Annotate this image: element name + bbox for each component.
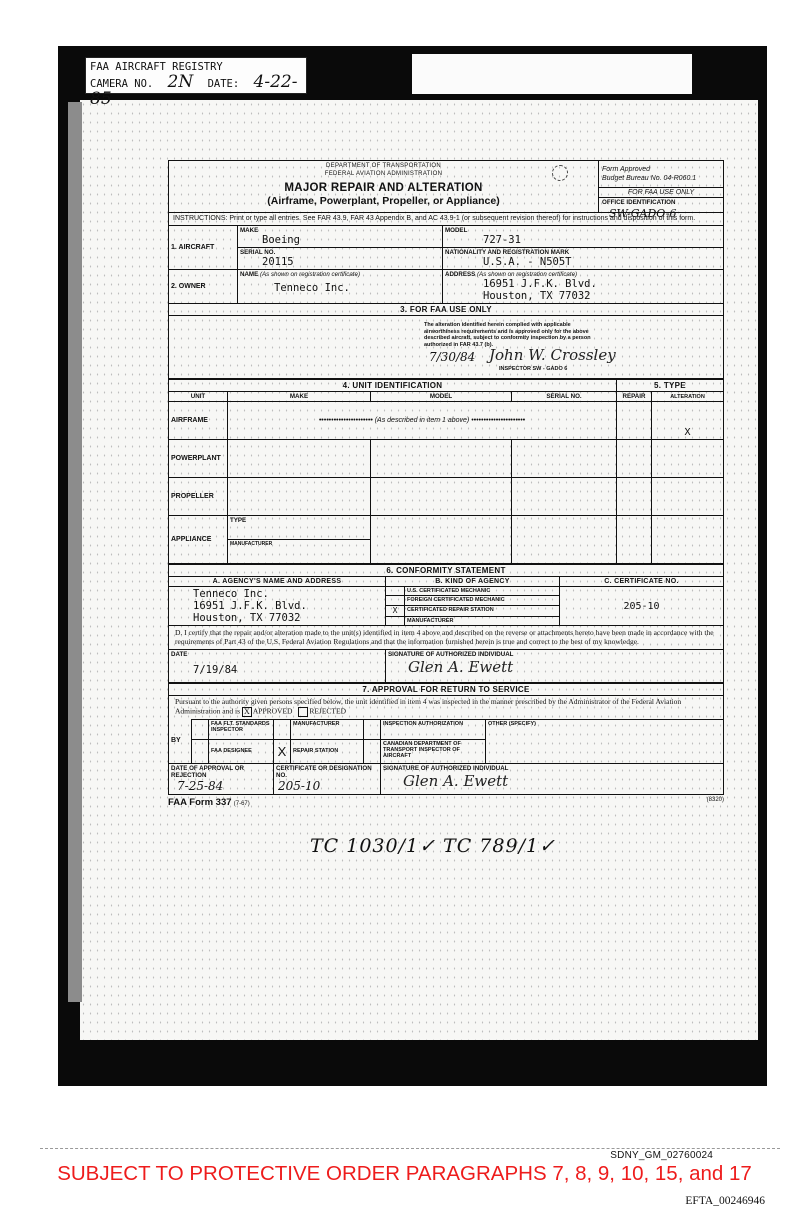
model-label: MODEL — [445, 227, 721, 234]
agency-name: FEDERAL AVIATION ADMINISTRATION — [169, 171, 598, 177]
rejected-label: REJECTED — [309, 706, 346, 715]
powerplant-repair — [617, 440, 652, 478]
aircraft-serial: 20115 — [240, 256, 440, 268]
approval-signature-label: SIGNATURE OF AUTHORIZED INDIVIDUAL — [383, 765, 721, 772]
form-name: FAA Form 337 — [168, 797, 232, 808]
certificate-no-header: C. CERTIFICATE NO. — [560, 577, 724, 587]
powerplant-serial — [512, 440, 617, 478]
certificate-no: 205-10 — [560, 587, 724, 626]
camera-no-value: 2N — [168, 72, 194, 92]
kind-mark-us-mechanic — [386, 587, 405, 596]
agency-name: Tenneco Inc. — [171, 588, 383, 600]
kind-of-agency-header: B. KIND OF AGENCY — [386, 577, 560, 587]
opt-inspection-authorization: INSPECTION AUTHORIZATION — [381, 719, 486, 739]
mark-faa-designee[interactable] — [192, 739, 209, 763]
conformity-date: 7/19/84 — [171, 664, 383, 676]
powerplant-alteration — [652, 440, 724, 478]
aircraft-model: 727-31 — [445, 234, 721, 246]
kind-repair-station: CERTIFICATED REPAIR STATION — [405, 605, 560, 616]
opt-other: OTHER (Specify) — [486, 719, 724, 763]
form-revision: (7-67) — [234, 801, 250, 807]
agency-address-line1: 16951 J.F.K. Blvd. — [171, 600, 383, 612]
faa-use-only-label: FOR FAA USE ONLY — [599, 187, 723, 198]
kind-mark-manufacturer — [386, 616, 405, 626]
faa-approval-date: 7/30/84 — [429, 350, 475, 364]
faa-approval-stamp: The alteration identified herein complie… — [424, 322, 594, 348]
mark-repair-station[interactable]: X — [274, 739, 291, 763]
approval-section-label: 7. APPROVAL FOR RETURN TO SERVICE — [169, 684, 724, 696]
opt-canadian-inspector: CANADIAN DEPARTMENT OF TRANSPORT INSPECT… — [381, 739, 486, 763]
efta-id: EFTA_00246946 — [685, 1195, 765, 1207]
film-edge-shading — [68, 102, 82, 1002]
approval-cert-label: CERTIFICATE OR DESIGNATION NO. — [276, 765, 378, 779]
agency-address-line2: Houston, TX 77032 — [171, 612, 383, 624]
type-section-label: 5. TYPE — [617, 380, 724, 392]
airframe-repair — [617, 402, 652, 440]
owner-section-label: 2. OWNER — [169, 270, 238, 304]
row-powerplant: POWERPLANT — [169, 440, 228, 478]
serial-label: SERIAL NO. — [240, 249, 440, 256]
aircraft-make: Boeing — [240, 234, 440, 246]
conformity-signature-label: SIGNATURE OF AUTHORIZED INDIVIDUAL — [388, 651, 721, 658]
conformity-date-label: DATE — [171, 651, 383, 658]
propeller-serial — [512, 478, 617, 516]
by-label: BY — [169, 719, 192, 763]
make-label: MAKE — [240, 227, 440, 234]
propeller-model — [371, 478, 512, 516]
propeller-make — [228, 478, 371, 516]
dot-seal-icon — [552, 165, 568, 181]
handwritten-tc-notes: TC 1030/1✓ TC 789/1✓ — [310, 835, 556, 857]
certification-statement: D. I certify that the repair and/or alte… — [169, 626, 724, 650]
col-alteration: ALTERATION — [652, 392, 724, 402]
owner-address-label: ADDRESS — [445, 271, 475, 278]
powerplant-model — [371, 440, 512, 478]
owner-address-line1: 16951 J.F.K. Blvd. — [445, 278, 721, 290]
faa-form-337: DEPARTMENT OF TRANSPORTATION FEDERAL AVI… — [168, 160, 724, 808]
form-title: MAJOR REPAIR AND ALTERATION — [169, 182, 598, 194]
faa-use-section-label: 3. FOR FAA USE ONLY — [169, 304, 724, 316]
form-subtitle: (Airframe, Powerplant, Propeller, or App… — [169, 195, 598, 207]
propeller-repair — [617, 478, 652, 516]
bates-number: SDNY_GM_02760024 — [610, 1150, 713, 1161]
conformity-section-label: 6. CONFORMITY STATEMENT — [169, 565, 724, 577]
scan-artifact-band — [40, 1090, 780, 1149]
row-airframe: AIRFRAME — [169, 402, 228, 440]
form-footer: FAA Form 337 (7-67) (8320) — [168, 797, 724, 808]
camera-label: FAA AIRCRAFT REGISTRY CAMERA NO. 2N DATE… — [85, 57, 307, 94]
opt-repair-station: REPAIR STATION — [291, 739, 364, 763]
agency-name-header: A. AGENCY'S NAME AND ADDRESS — [169, 577, 386, 587]
approval-date-label: DATE OF APPROVAL OR REJECTION — [171, 765, 271, 779]
kind-mark-foreign-mechanic — [386, 596, 405, 605]
col-make: MAKE — [228, 392, 371, 402]
aircraft-owner-table: 1. AIRCRAFT MAKEBoeing MODEL727-31 SERIA… — [168, 225, 724, 379]
conformity-signature: Glen A. Ewett — [388, 658, 721, 676]
owner-address-line2: Houston, TX 77032 — [445, 290, 721, 302]
approval-cert-no: 205-10 — [276, 779, 378, 793]
approval-table: 7. APPROVAL FOR RETURN TO SERVICE Pursua… — [168, 683, 724, 795]
mark-faa-flt-standards[interactable] — [192, 719, 209, 739]
row-appliance: APPLIANCE — [169, 516, 228, 564]
appliance-serial — [512, 516, 617, 564]
col-model: MODEL — [371, 392, 512, 402]
conformity-table: 6. CONFORMITY STATEMENT A. AGENCY'S NAME… — [168, 564, 724, 683]
registration-mark: U.S.A. - N505T — [445, 256, 721, 268]
unit-identification-table: 4. UNIT IDENTIFICATION 5. TYPE UNIT MAKE… — [168, 379, 724, 564]
col-unit: UNIT — [169, 392, 228, 402]
kind-manufacturer: MANUFACTURER — [405, 616, 560, 626]
appliance-model — [371, 516, 512, 564]
owner-name-note: (As shown on registration certificate) — [260, 271, 360, 278]
appliance-type-label: TYPE — [228, 516, 371, 540]
opt-faa-designee: FAA DESIGNEE — [209, 739, 274, 763]
propeller-alteration — [652, 478, 724, 516]
department-name: DEPARTMENT OF TRANSPORTATION — [169, 163, 598, 169]
col-repair: REPAIR — [617, 392, 652, 402]
film-date-label: DATE: — [208, 78, 240, 90]
faa-inspector-signature: John W. Crossley — [489, 346, 616, 364]
airframe-description: •••••••••••••••••••••• (As described in … — [228, 402, 617, 440]
appliance-manufacturer-label: MANUFACTURER — [228, 540, 371, 564]
form-header: DEPARTMENT OF TRANSPORTATION FEDERAL AVI… — [168, 160, 724, 212]
airframe-alteration-mark: X — [652, 402, 724, 440]
mark-manufacturer[interactable] — [274, 719, 291, 739]
appliance-alteration — [652, 516, 724, 564]
protective-order-banner: SUBJECT TO PROTECTIVE ORDER PARAGRAPHS 7… — [0, 1162, 809, 1186]
approved-checkbox[interactable]: X — [242, 707, 252, 717]
opt-faa-flt-standards: FAA FLT. STANDARDS INSPECTOR — [209, 719, 274, 739]
aircraft-section-label: 1. AIRCRAFT — [169, 226, 238, 270]
appliance-repair — [617, 516, 652, 564]
nationality-label: NATIONALITY AND REGISTRATION MARK — [445, 249, 721, 256]
kind-mark-repair-station: X — [386, 605, 405, 616]
owner-name-label: NAME — [240, 271, 258, 278]
film-top-blank-area — [412, 54, 692, 94]
form-code: (8320) — [707, 797, 724, 808]
approved-label: APPROVED — [253, 706, 293, 715]
inspector-label: Inspector SW - GADO 6 — [499, 366, 567, 372]
powerplant-make — [228, 440, 371, 478]
budget-number: Budget Bureau No. 04-R060.1 — [602, 174, 720, 183]
approval-date: 7-25-84 — [171, 779, 271, 793]
approval-signature: Glen A. Ewett — [383, 772, 721, 790]
kind-us-mechanic: U.S. CERTIFICATED MECHANIC — [405, 587, 560, 596]
office-id-label: OFFICE IDENTIFICATION — [599, 198, 723, 207]
rejected-checkbox[interactable] — [298, 707, 308, 717]
mark-canadian[interactable] — [364, 739, 381, 763]
unit-id-section-label: 4. UNIT IDENTIFICATION — [169, 380, 617, 392]
row-propeller: PROPELLER — [169, 478, 228, 516]
form-approved: Form Approved — [602, 165, 720, 174]
office-id-value: SW-GADO-6 — [599, 207, 723, 220]
opt-manufacturer: MANUFACTURER — [291, 719, 364, 739]
owner-name: Tenneco Inc. — [240, 282, 440, 294]
col-serial: SERIAL NO. — [512, 392, 617, 402]
owner-address-note: (As shown on registration certificate) — [477, 271, 577, 278]
kind-foreign-mechanic: FOREIGN CERTIFICATED MECHANIC — [405, 596, 560, 605]
mark-inspection-authorization[interactable] — [364, 719, 381, 739]
